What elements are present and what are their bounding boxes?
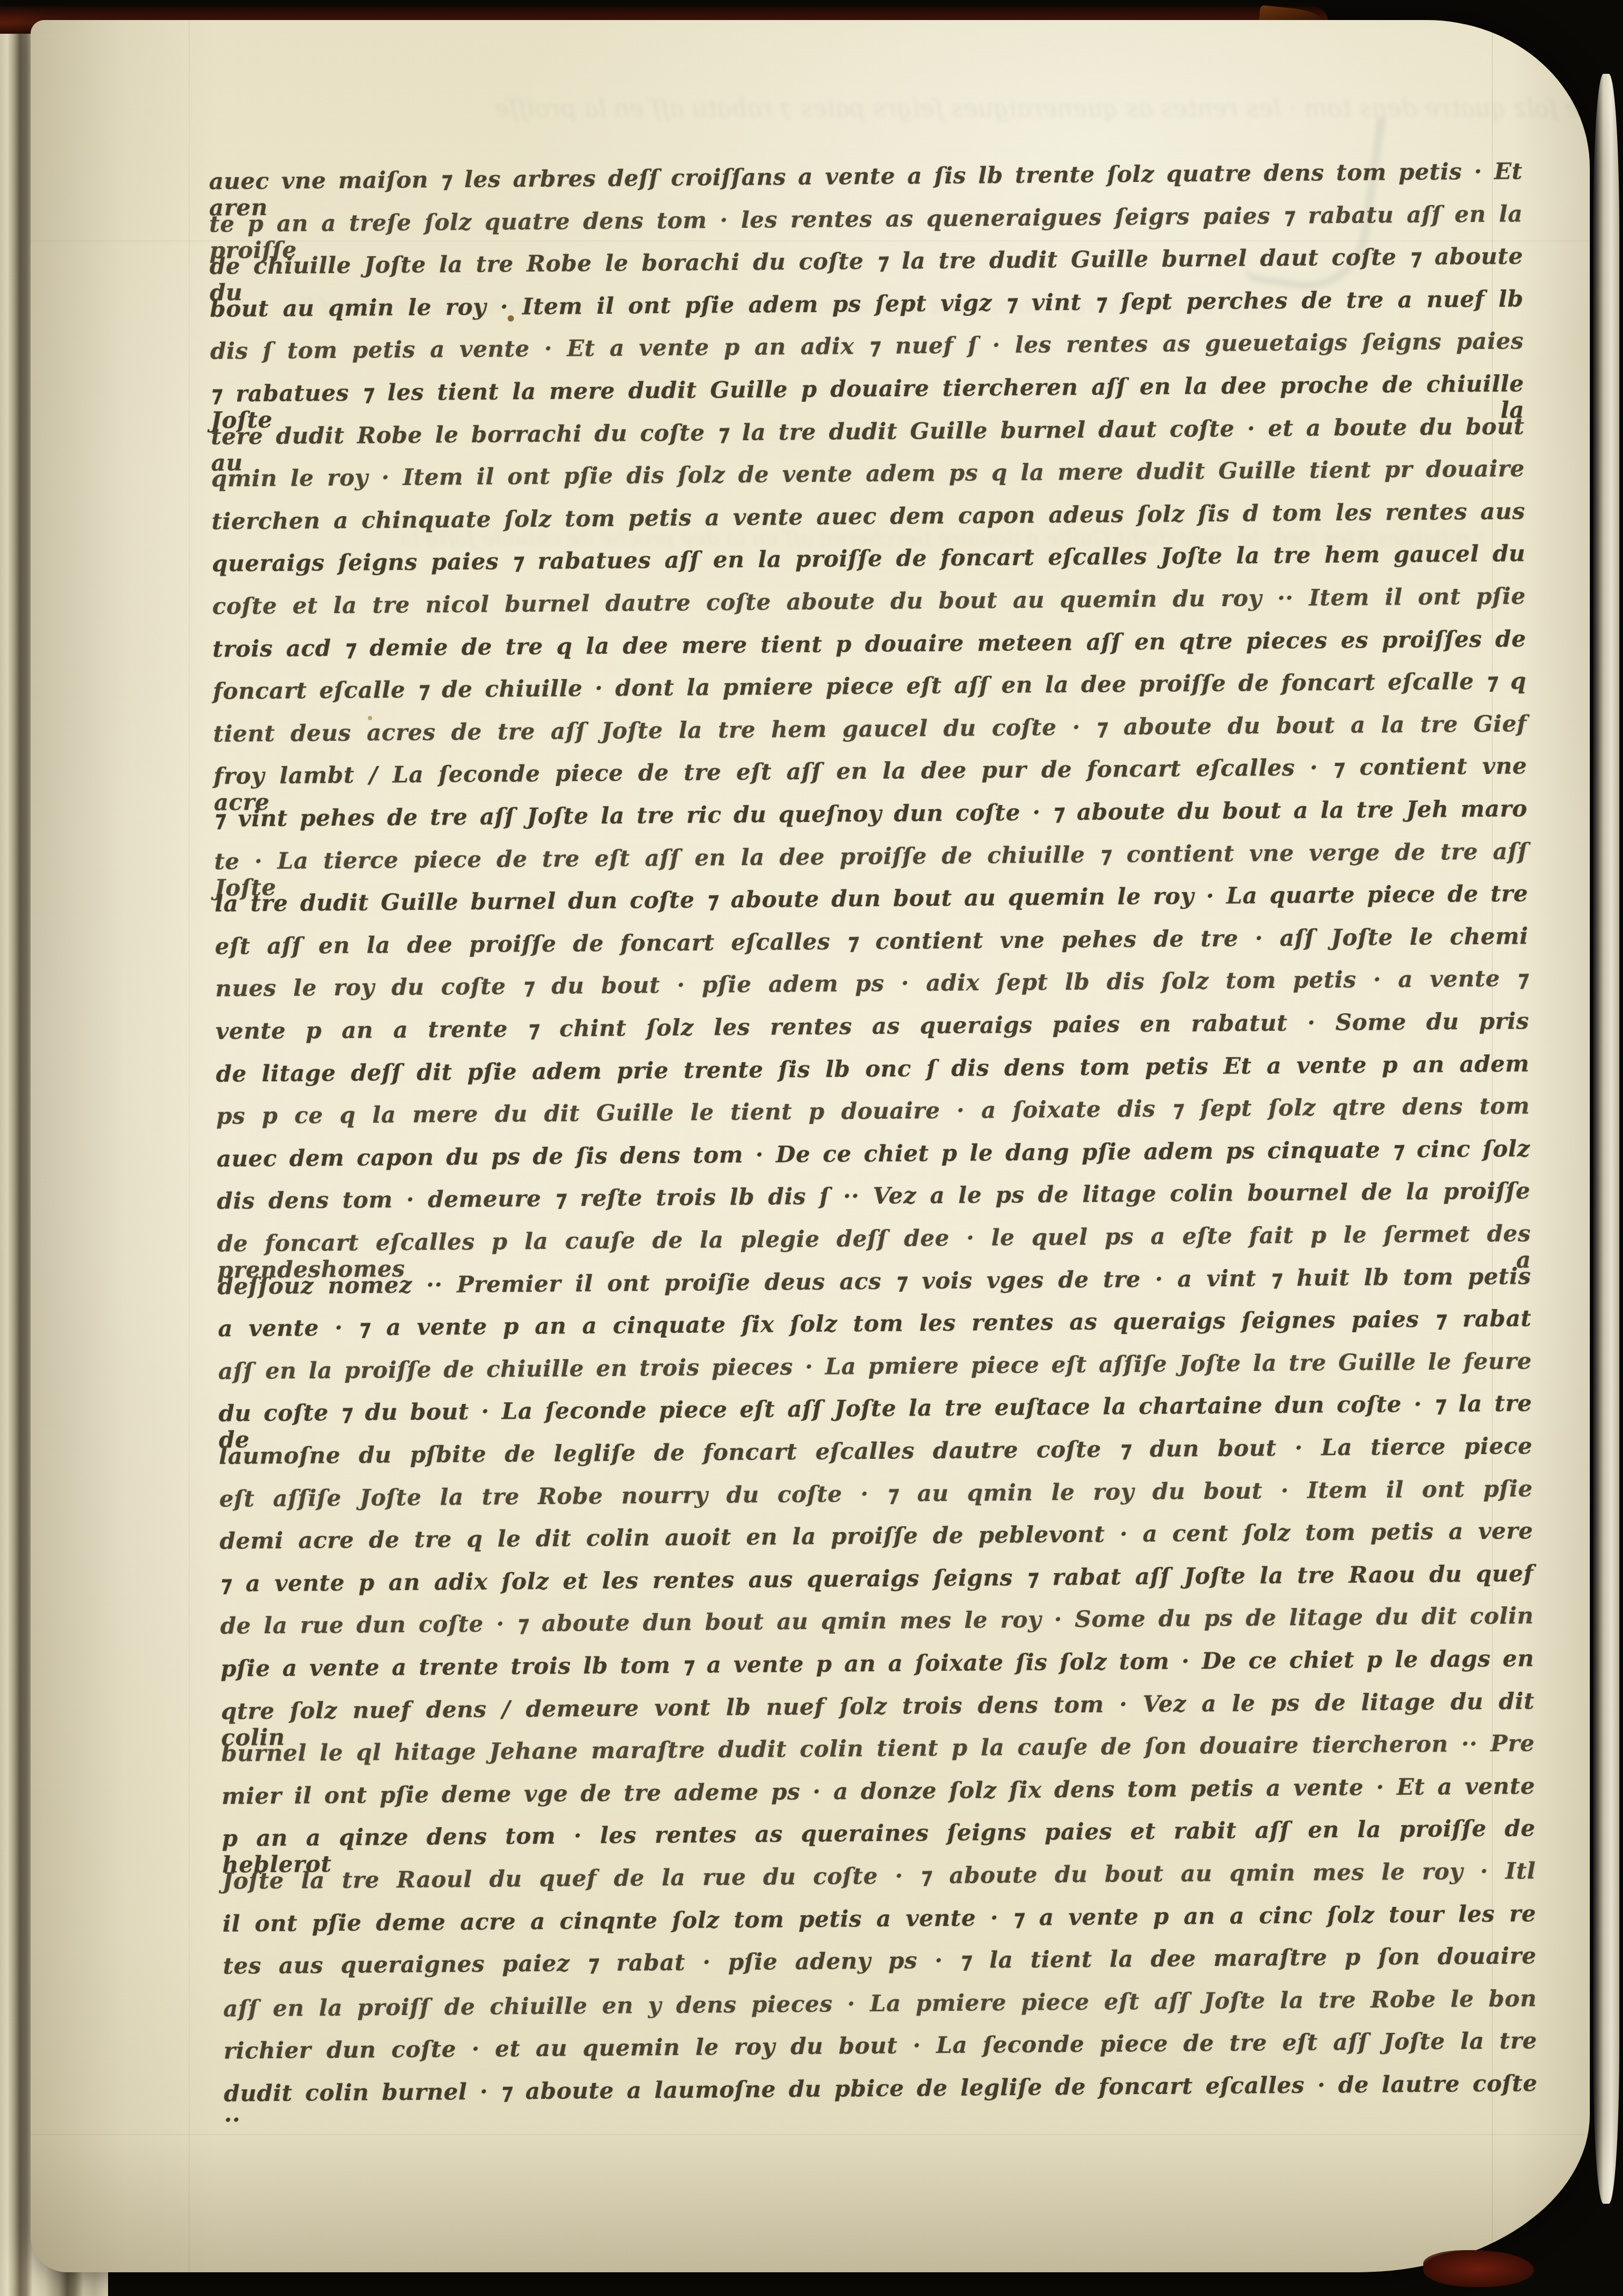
red-stain	[1423, 2250, 1534, 2287]
book-photo-background: { "manuscript": { "script_style": "gothi…	[0, 0, 1623, 2296]
text-block: auec vne maiſon ⁊ les arbres deſſ croiſſ…	[208, 20, 1538, 2187]
folio-page: te p an a treſe ſolz quatre dens tom · l…	[31, 20, 1590, 2272]
page-curl-edge	[1593, 74, 1619, 2204]
left-margin-rule	[189, 20, 190, 2272]
